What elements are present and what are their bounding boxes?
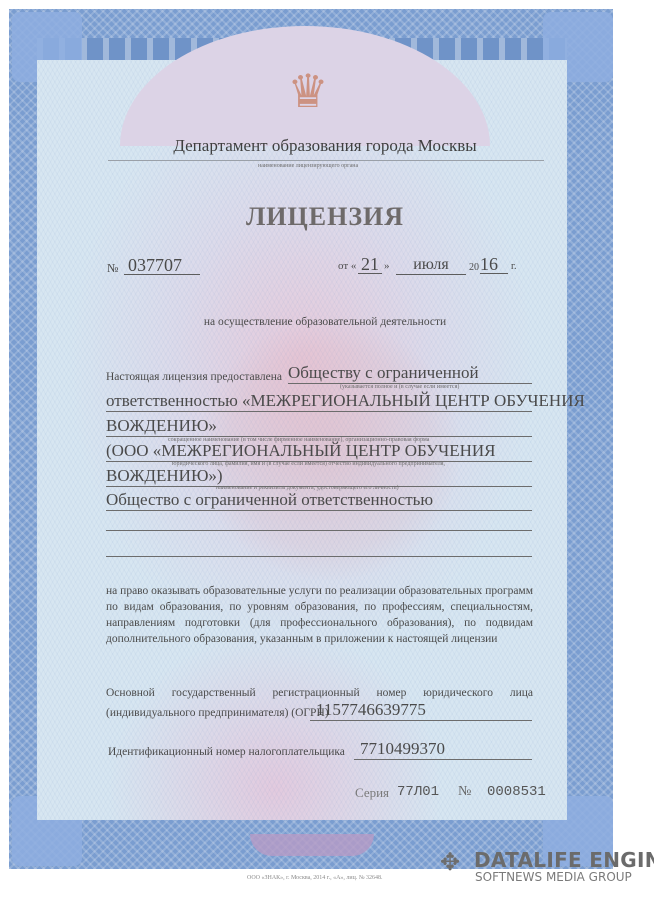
ogrn-label-line-2: (индивидуального предпринимателя) (ОГРН) (106, 707, 329, 719)
bottom-pink-panel (250, 834, 374, 856)
watermark-title: DATALIFE ENGINE (474, 848, 654, 872)
license-purpose: на осуществление образовательной деятель… (100, 316, 550, 328)
document-title: ЛИЦЕНЗИЯ (100, 202, 550, 232)
full-name-caption: (указывается полное и (в случае если име… (340, 384, 459, 390)
date-from-label: от « (338, 260, 356, 272)
blank-number-value: 0008531 (487, 784, 546, 800)
series-value: 77Л01 (397, 784, 439, 800)
licensee-name-line-1: Обществу с ограниченной (288, 363, 532, 384)
authority-caption: наименование лицензирующего органа (258, 163, 358, 169)
coat-of-arms-icon: ♛ (283, 62, 333, 122)
issuing-authority: Департамент образования города Москвы (100, 136, 550, 156)
inn-label: Идентификационный номер налогоплательщик… (108, 746, 345, 758)
blank-line-1 (106, 530, 532, 531)
date-year-prefix: 20 (469, 262, 479, 273)
printer-note: ООО «ЗНАК», г. Москва, 2014 г., «А», лиц… (247, 875, 383, 881)
date-day: 21 (358, 255, 382, 274)
licensee-name-line-2: ответственностью «МЕЖРЕГИОНАЛЬНЫЙ ЦЕНТР … (106, 391, 532, 412)
blank-line-2 (106, 556, 532, 557)
date-day-close: » (384, 260, 390, 272)
ogrn-label-line-1: Основной государственный регистрационный… (106, 685, 533, 701)
datalife-logo-icon: ✥ (440, 850, 466, 876)
number-label: № (107, 261, 118, 276)
date-year: 16 (480, 255, 508, 274)
licensee-name-line-3: ВОЖДЕНИЮ» (106, 416, 532, 437)
authority-underline (108, 160, 544, 161)
ogrn-value: 1157746639775 (310, 700, 532, 721)
watermark-subtitle: SOFTNEWS MEDIA GROUP (475, 870, 632, 884)
license-rights-text: на право оказывать образовательные услуг… (106, 583, 533, 647)
date-year-label: г. (511, 261, 516, 272)
blank-number-label: № (458, 784, 471, 800)
legal-form-line: Общество с ограниченной ответственностью (106, 490, 532, 511)
inn-value: 7710499370 (354, 739, 532, 760)
licensee-short-name-line-2: ВОЖДЕНИЮ») (106, 466, 532, 487)
series-label: Серия (355, 785, 389, 801)
granted-to-label: Настоящая лицензия предоставлена (106, 371, 282, 383)
license-number: 037707 (124, 256, 200, 275)
licensee-short-name-line-1: (ООО «МЕЖРЕГИОНАЛЬНЫЙ ЦЕНТР ОБУЧЕНИЯ (106, 441, 532, 462)
date-month: июля (396, 256, 466, 275)
